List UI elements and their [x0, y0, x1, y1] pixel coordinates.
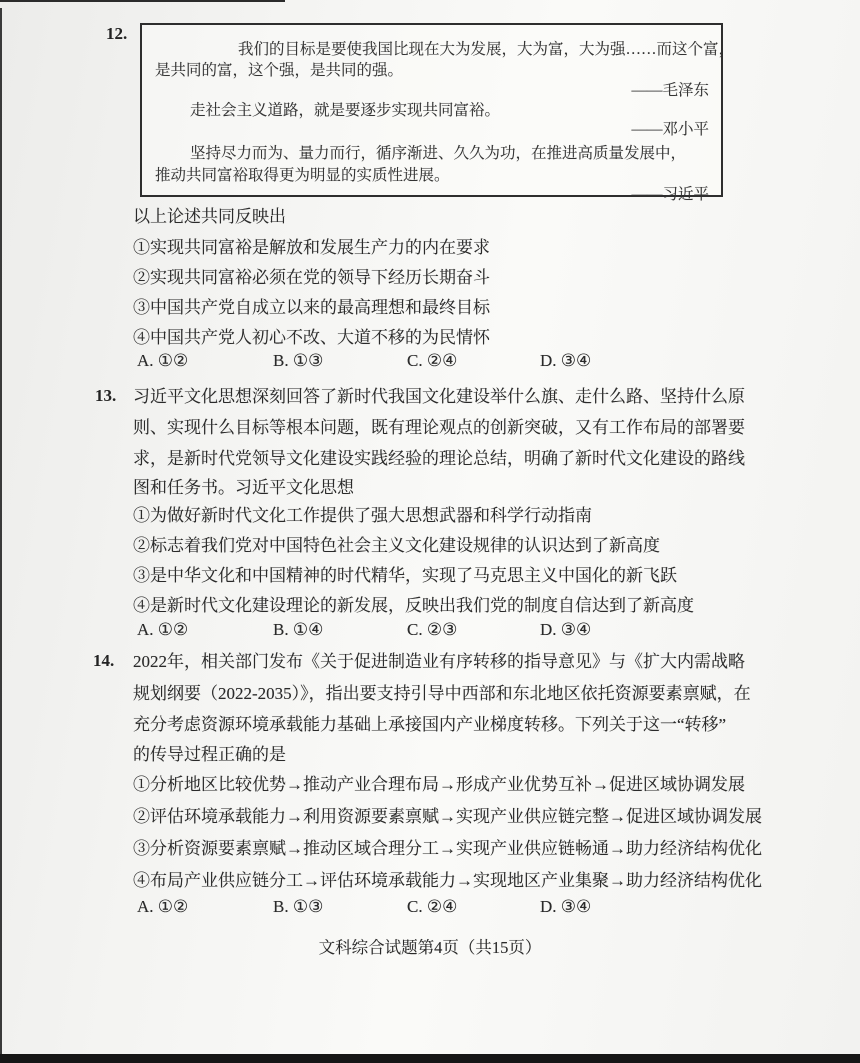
question-13-choice-d: D. ③④	[540, 620, 591, 640]
question-14-choice-a: A. ①②	[137, 897, 188, 917]
question-13-choice-c: C. ②③	[407, 620, 457, 640]
question-14-option-2: ②评估环境承载能力→利用资源要素禀赋→实现产业供应链完整→促进区域协调发展	[133, 806, 762, 828]
question-13-option-1: ①为做好新时代文化工作提供了强大思想武器和科学行动指南	[133, 505, 592, 527]
quote-line-xi-1: 坚持尽力而为、量力而行，循序渐进、久久为功，在推进高质量发展中，	[190, 141, 686, 163]
question-12-choice-c: C. ②④	[407, 351, 457, 371]
question-12-option-3: ③中国共产党自成立以来的最高理想和最终目标	[133, 297, 490, 319]
question-13-stem-line-2: 则、实现什么目标等根本问题，既有理论观点的创新突破，又有工作布局的部署要	[133, 417, 745, 439]
question-13-choice-b: B. ①④	[273, 620, 323, 640]
page-footer: 文科综合试题第4页（共15页）	[0, 934, 860, 958]
quote-attribution-deng: ——邓小平	[631, 117, 709, 139]
question-14-option-4: ④布局产业供应链分工→评估环境承载能力→实现地区产业集聚→助力经济结构优化	[133, 870, 762, 892]
quote-line-deng: 走社会主义道路，就是要逐步实现共同富裕。	[190, 98, 500, 120]
question-14-choice-b: B. ①③	[273, 897, 323, 917]
question-14-choice-c: C. ②④	[407, 897, 457, 917]
question-14-stem-line-3: 充分考虑资源环境承载能力基础上承接国内产业梯度转移。下列关于这一“转移”	[133, 714, 726, 736]
question-13-stem-line-1: 习近平文化思想深刻回答了新时代我国文化建设举什么旗、走什么路、坚持什么原	[133, 386, 745, 408]
question-14-stem-line-2: 规划纲要（2022-2035）》，指出要支持引导中西部和东北地区依托资源要素禀赋…	[133, 683, 751, 705]
quote-box: 我们的目标是要使我国比现在大为发展，大为富，大为强……而这个富， 是共同的富，这…	[140, 23, 723, 197]
question-12-choice-a: A. ①②	[137, 351, 188, 371]
question-12-stem: 以上论述共同反映出	[133, 206, 286, 228]
question-13-stem-line-4: 图和任务书。习近平文化思想	[133, 477, 354, 499]
quote-attribution-mao: ——毛泽东	[631, 78, 709, 100]
question-14-number: 14.	[93, 651, 114, 671]
question-14-choice-d: D. ③④	[540, 897, 591, 917]
question-12-option-1: ①实现共同富裕是解放和发展生产力的内在要求	[133, 237, 490, 259]
question-12-number: 12.	[106, 24, 127, 44]
question-13-option-3: ③是中华文化和中国精神的时代精华，实现了马克思主义中国化的新飞跃	[133, 565, 677, 587]
scan-edge-bottom	[0, 1054, 860, 1063]
quote-line-xi-2: 推动共同富裕取得更为明显的实质性进展。	[155, 163, 450, 185]
question-13-choices: A. ①② B. ①④ C. ②③ D. ③④	[0, 620, 860, 644]
question-13-option-4: ④是新时代文化建设理论的新发展，反映出我们党的制度自信达到了新高度	[133, 595, 694, 617]
scan-edge-top	[0, 0, 285, 2]
question-12-option-4: ④中国共产党人初心不改、大道不移的为民情怀	[133, 327, 490, 349]
question-13-stem-line-3: 求，是新时代党领导文化建设实践经验的理论总结，明确了新时代文化建设的路线	[133, 448, 745, 470]
quote-attribution-xi: ——习近平	[631, 182, 709, 204]
question-14-option-3: ③分析资源要素禀赋→推动区域合理分工→实现产业供应链畅通→助力经济结构优化	[133, 838, 762, 860]
question-14-choices: A. ①② B. ①③ C. ②④ D. ③④	[0, 897, 860, 921]
question-14-option-1: ①分析地区比较优势→推动产业合理布局→形成产业优势互补→促进区域协调发展	[133, 774, 745, 796]
question-13-choice-a: A. ①②	[137, 620, 188, 640]
question-12-option-2: ②实现共同富裕必须在党的领导下经历长期奋斗	[133, 267, 490, 289]
question-12-choices: A. ①② B. ①③ C. ②④ D. ③④	[0, 351, 860, 375]
question-14-stem-line-1: 2022年，相关部门发布《关于促进制造业有序转移的指导意见》与《扩大内需战略	[133, 651, 745, 673]
quote-line-mao-1: 我们的目标是要使我国比现在大为发展，大为富，大为强……而这个富，	[238, 37, 734, 59]
question-13-number: 13.	[95, 386, 116, 406]
quote-line-mao-2: 是共同的富，这个强，是共同的强。	[155, 58, 403, 80]
question-12-choice-d: D. ③④	[540, 351, 591, 371]
question-13-option-2: ②标志着我们党对中国特色社会主义文化建设规律的认识达到了新高度	[133, 535, 660, 557]
question-12-choice-b: B. ①③	[273, 351, 323, 371]
question-14-stem-line-4: 的传导过程正确的是	[133, 744, 286, 766]
